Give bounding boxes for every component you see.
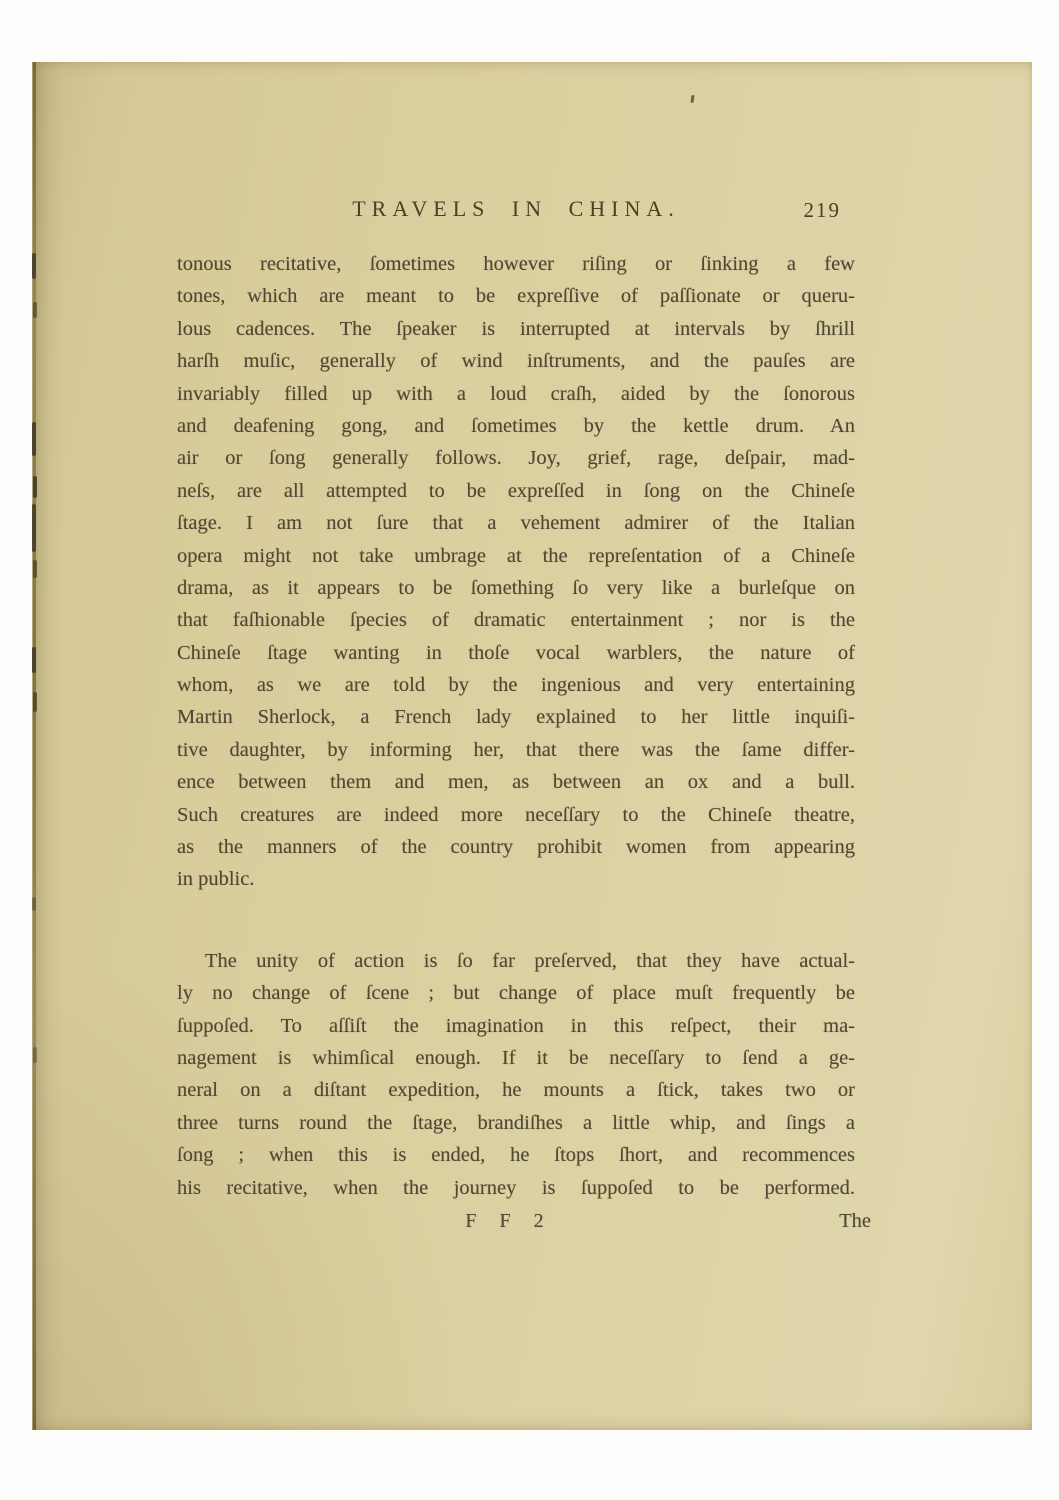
text-line: his recitative, when the journey is ſupp…	[177, 1172, 855, 1204]
edge-mark	[33, 560, 37, 578]
text-line: Chineſe ſtage wanting in thoſe vocal war…	[177, 637, 855, 669]
text-line: ly no change of ſcene ; but change of pl…	[177, 977, 855, 1009]
text-line: ence between them and men, as between an…	[177, 766, 855, 798]
text-line: nagement is whimſical enough. If it be n…	[177, 1042, 855, 1074]
text-line: opera might not take umbrage at the repr…	[177, 540, 855, 572]
page-title: TRAVELS IN CHINA.	[177, 196, 855, 222]
text-line: The unity of action is ſo far preſerved,…	[177, 945, 855, 977]
text-line: air or ſong generally follows. Joy, grie…	[177, 442, 855, 474]
book-page: TRAVELS IN CHINA. 219 tonous recitative,…	[32, 62, 1032, 1430]
text-line: lous cadences. The ſpeaker is interrupte…	[177, 313, 855, 345]
page-number: 219	[804, 198, 842, 223]
text-line: whom, as we are told by the ingenious an…	[177, 669, 855, 701]
edge-mark	[32, 253, 36, 279]
edge-mark	[33, 1047, 37, 1063]
text-line: Martin Sherlock, a French lady explained…	[177, 701, 855, 733]
edge-mark	[32, 647, 36, 673]
footer-row: F F 2 The	[177, 1206, 855, 1236]
text-line: Such creatures are indeed more neceſſary…	[177, 799, 855, 831]
edge-mark	[33, 302, 37, 318]
text-line: invariably filled up with a loud craſh, …	[177, 378, 855, 410]
running-header: TRAVELS IN CHINA. 219	[177, 196, 855, 228]
paragraph-2: The unity of action is ſo far preſerved,…	[177, 945, 855, 1204]
paragraph-1: tonous recitative, ſometimes however riſ…	[177, 248, 855, 896]
body-text: tonous recitative, ſometimes however riſ…	[177, 248, 855, 1236]
edge-mark	[32, 897, 36, 911]
text-line: in public.	[177, 863, 855, 895]
edge-mark	[32, 504, 36, 552]
text-line: ſong ; when this is ended, he ſtops ſhor…	[177, 1139, 855, 1171]
ink-speck	[690, 95, 694, 103]
text-line: ſtage. I am not ſure that a vehement adm…	[177, 507, 855, 539]
text-line: three turns round the ſtage, brandiſhes …	[177, 1107, 855, 1139]
text-line: ſuppoſed. To aſſiſt the imagination in t…	[177, 1010, 855, 1042]
text-line: tones, which are meant to be expreſſive …	[177, 280, 855, 312]
edge-mark	[33, 476, 37, 498]
edge-mark	[33, 692, 37, 712]
scan-canvas: TRAVELS IN CHINA. 219 tonous recitative,…	[0, 0, 1059, 1500]
text-line: tive daughter, by informing her, that th…	[177, 734, 855, 766]
text-line: neſs, are all attempted to be expreſſed …	[177, 475, 855, 507]
text-line: drama, as it appears to be ſomething ſo …	[177, 572, 855, 604]
signature-mark: F F 2	[177, 1206, 855, 1236]
text-line: that faſhionable ſpecies of dramatic ent…	[177, 604, 855, 636]
text-line: and deafening gong, and ſometimes by the…	[177, 410, 855, 442]
text-line: neral on a diſtant expedition, he mounts…	[177, 1074, 855, 1106]
text-line: as the manners of the country prohibit w…	[177, 831, 855, 863]
catchword: The	[839, 1206, 871, 1236]
edge-mark	[32, 422, 36, 456]
text-line: tonous recitative, ſometimes however riſ…	[177, 248, 855, 280]
text-line: harſh muſic, generally of wind inſtrumen…	[177, 345, 855, 377]
